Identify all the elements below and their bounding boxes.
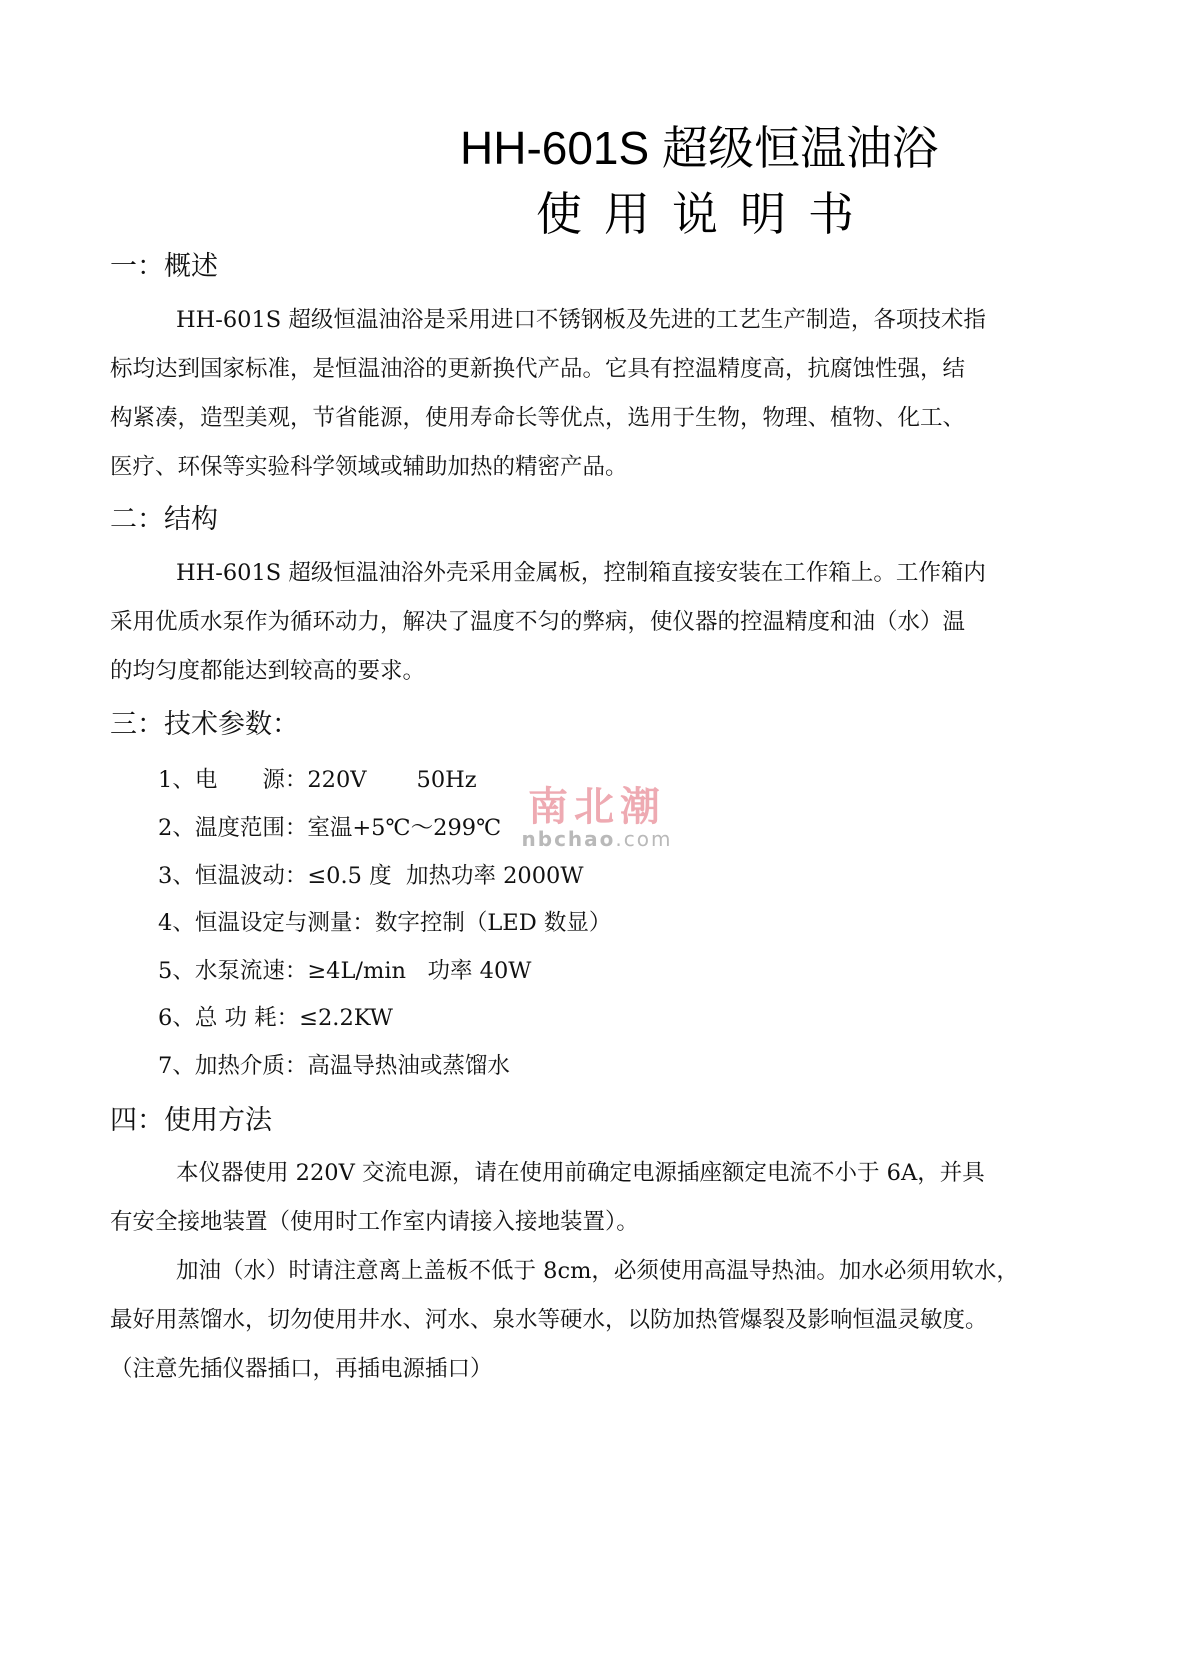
- paragraph-line: 医疗、环保等实验科学领域或辅助加热的精密产品。: [110, 443, 1090, 492]
- spec-item-fluctuation: 3、恒温波动：≤0.5 度 加热功率 2000W: [158, 858, 583, 890]
- document-title: HH-601S 超级恒温油浴: [460, 112, 938, 178]
- spec-item-total-power: 6、总 功 耗：≤2.2KW: [158, 1000, 393, 1032]
- paragraph-line: 本仪器使用 220V 交流电源，请在使用前确定电源插座额定电流不小于 6A，并具: [110, 1149, 1090, 1198]
- paragraph-line: 采用优质水泵作为循环动力，解决了温度不匀的弊病，使仪器的控温精度和油（水）温: [110, 598, 1090, 647]
- paragraph-line: 最好用蒸馏水，切勿使用井水、河水、泉水等硬水，以防加热管爆裂及影响恒温灵敏度。: [110, 1296, 1090, 1345]
- spec-item-control: 4、恒温设定与测量：数字控制（LED 数显）: [158, 905, 611, 937]
- paragraph-line: 标均达到国家标准，是恒温油浴的更新换代产品。它具有控温精度高，抗腐蚀性强，结: [110, 345, 1090, 394]
- paragraph-line: HH-601S 超级恒温油浴是采用进口不锈钢板及先进的工艺生产制造，各项技术指: [110, 296, 1090, 345]
- paragraph-line: 有安全接地装置（使用时工作室内请接入接地装置）。: [110, 1198, 1090, 1247]
- section-heading-usage: 四：使用方法: [110, 1098, 272, 1137]
- section-paragraph-usage-1: 本仪器使用 220V 交流电源，请在使用前确定电源插座额定电流不小于 6A，并具…: [110, 1149, 1090, 1247]
- watermark-cn-text: 南北潮: [512, 786, 682, 828]
- section-heading-structure: 二：结构: [110, 497, 218, 536]
- paragraph-line: 加油（水）时请注意离上盖板不低于 8cm，必须使用高温导热油。加水必须用软水，: [110, 1247, 1090, 1296]
- watermark-logo: 南北潮 nbchao.com: [512, 786, 682, 850]
- spec-item-power: 1、电 源：220V50Hz: [158, 762, 477, 794]
- section-heading-overview: 一：概述: [110, 244, 218, 283]
- paragraph-line: 的均匀度都能达到较高的要求。: [110, 647, 1090, 696]
- spec-item-medium: 7、加热介质：高温导热油或蒸馏水: [158, 1048, 510, 1080]
- section-paragraph-usage-2: 加油（水）时请注意离上盖板不低于 8cm，必须使用高温导热油。加水必须用软水， …: [110, 1247, 1090, 1394]
- watermark-en-text: nbchao.com: [512, 828, 682, 850]
- spec-item-pump: 5、水泵流速：≥4L/min 功率 40W: [158, 953, 531, 985]
- section-paragraph-overview: HH-601S 超级恒温油浴是采用进口不锈钢板及先进的工艺生产制造，各项技术指 …: [110, 296, 1090, 492]
- document-subtitle: 使用说明书: [536, 178, 876, 244]
- paragraph-line: （注意先插仪器插口，再插电源插口）: [110, 1345, 1090, 1394]
- section-heading-specs: 三：技术参数：: [110, 702, 299, 741]
- spec-item-temp-range: 2、温度范围：室温+5℃～299℃: [158, 810, 501, 842]
- paragraph-line: HH-601S 超级恒温油浴外壳采用金属板，控制箱直接安装在工作箱上。工作箱内: [110, 549, 1090, 598]
- section-paragraph-structure: HH-601S 超级恒温油浴外壳采用金属板，控制箱直接安装在工作箱上。工作箱内 …: [110, 549, 1090, 696]
- paragraph-line: 构紧凑，造型美观，节省能源，使用寿命长等优点，选用于生物，物理、植物、化工、: [110, 394, 1090, 443]
